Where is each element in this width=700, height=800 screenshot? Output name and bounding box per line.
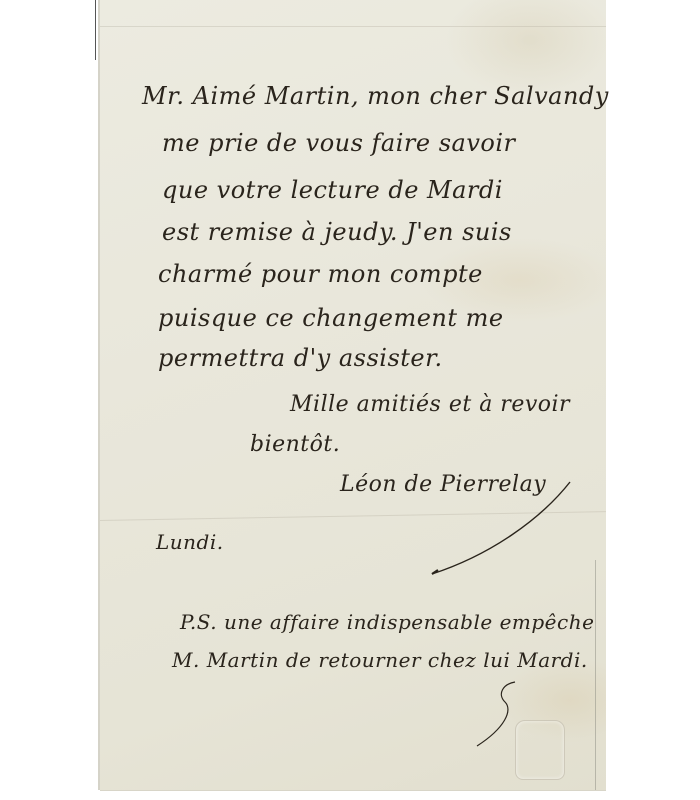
body-line-2: me prie de vous faire savoir: [162, 131, 516, 155]
postscript-line-1: P.S. une affaire indispensable empêche: [180, 612, 594, 632]
letter-paper: Mr. Aimé Martin, mon cher Salvandy me pr…: [100, 0, 606, 790]
body-line-6: puisque ce changement me: [158, 306, 504, 330]
paper-fold-line: [100, 511, 606, 521]
body-line-1: Mr. Aimé Martin, mon cher Salvandy: [142, 84, 609, 108]
body-line-7: permettra d'y assister.: [158, 346, 443, 370]
scan-edge-line: [95, 0, 96, 60]
scanned-letter-page: Mr. Aimé Martin, mon cher Salvandy me pr…: [0, 0, 700, 800]
paper-crease: [595, 560, 596, 790]
paper-fold-line: [100, 26, 606, 27]
embossed-stamp-mark: [515, 720, 565, 780]
dateline: Lundi.: [156, 532, 224, 552]
closing-line-2: bientôt.: [250, 434, 340, 456]
signature: Léon de Pierrelay: [340, 474, 546, 496]
postscript-line-2: M. Martin de retourner chez lui Mardi.: [172, 650, 588, 670]
closing-line-1: Mille amitiés et à revoir: [290, 394, 570, 416]
body-line-5: charmé pour mon compte: [158, 262, 483, 286]
body-line-4: est remise à jeudy. J'en suis: [162, 220, 512, 244]
body-line-3: que votre lecture de Mardi: [162, 178, 503, 202]
